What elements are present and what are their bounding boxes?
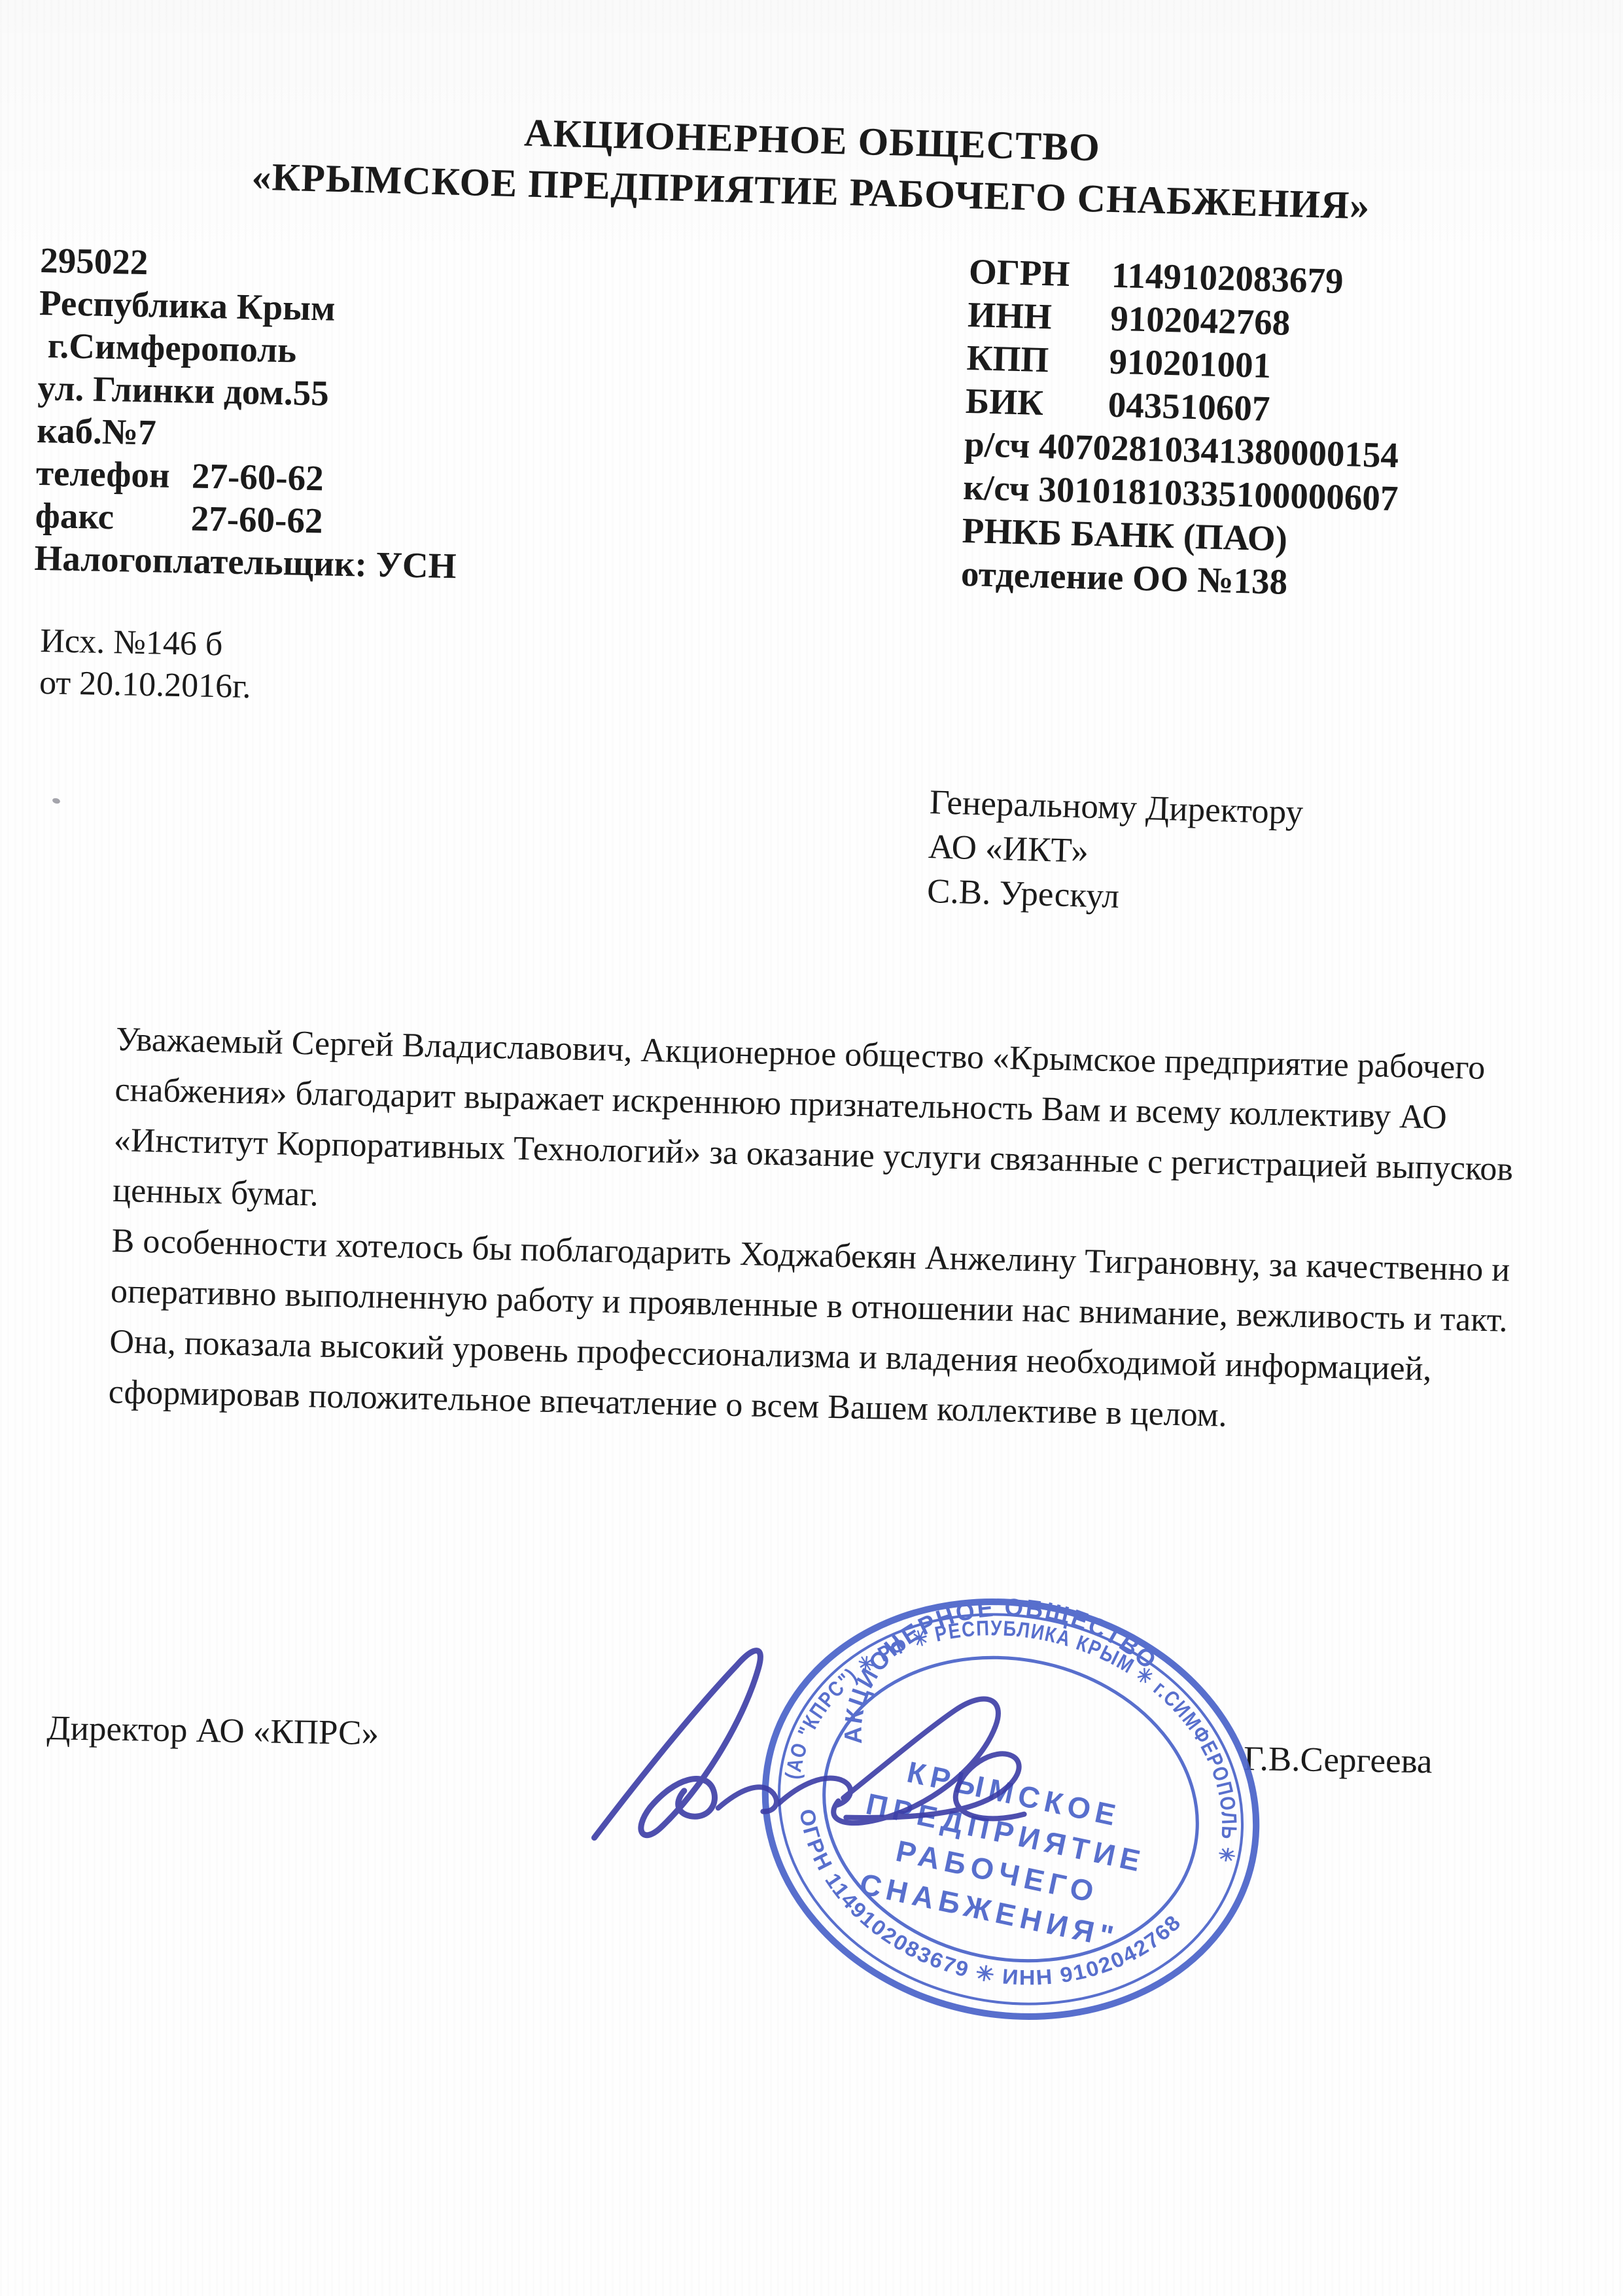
outgoing-reference-block: Исх. №146 б от 20.10.2016г. bbox=[39, 620, 253, 708]
addressee-person: С.В. Урескул bbox=[926, 869, 1301, 924]
scanned-letter-page: АКЦИОНЕРНОЕ ОБЩЕСТВО «КРЫМСКОЕ ПРЕДПРИЯТ… bbox=[0, 0, 1623, 2296]
letterhead: АКЦИОНЕРНОЕ ОБЩЕСТВО «КРЫМСКОЕ ПРЕДПРИЯТ… bbox=[0, 94, 1623, 238]
ogrn-label: ОГРН bbox=[968, 250, 1112, 297]
bik-value: 043510607 bbox=[1108, 385, 1270, 429]
tax-value: УСН bbox=[375, 544, 457, 586]
signature-ink bbox=[548, 1589, 1077, 1911]
sender-postcode: 295022 bbox=[40, 239, 462, 289]
outgoing-date: от 20.10.2016г. bbox=[39, 662, 252, 708]
inn-value: 9102042768 bbox=[1110, 298, 1291, 343]
sender-office: каб.№7 bbox=[37, 409, 459, 459]
letter-body: Уважаемый Сергей Владиславович, Акционер… bbox=[108, 1014, 1539, 1447]
inn-label: ИНН bbox=[968, 293, 1111, 340]
sender-address-block: 295022 Республика Крым г.Симферополь ул.… bbox=[34, 239, 462, 587]
phone-label: телефон bbox=[36, 451, 192, 497]
sender-region: Республика Крым bbox=[39, 281, 462, 332]
bik-label: БИК bbox=[965, 380, 1109, 427]
scan-speck bbox=[52, 798, 61, 805]
addressee-block: Генеральному Директору АО «ИКТ» С.В. Уре… bbox=[926, 780, 1304, 924]
body-paragraph: Уважаемый Сергей Владиславович, Акционер… bbox=[113, 1014, 1539, 1245]
kpp-label: КПП bbox=[966, 336, 1110, 383]
company-requisites-block: ОГРН1149102083679 ИНН9102042768 КПП91020… bbox=[960, 250, 1405, 607]
outgoing-number: Исх. №146 б bbox=[40, 620, 253, 666]
phone-value: 27-60-62 bbox=[192, 456, 324, 499]
ogrn-value: 1149102083679 bbox=[1111, 255, 1344, 301]
signature-strokes bbox=[582, 1633, 1024, 1846]
fax-label: факс bbox=[35, 494, 191, 540]
signatory-position: Директор АО «КПРС» bbox=[46, 1708, 379, 1753]
sender-city: г.Симферополь bbox=[38, 324, 461, 374]
kpp-value: 910201001 bbox=[1109, 342, 1272, 385]
sender-street: ул. Глинки дом.55 bbox=[37, 366, 460, 417]
sender-fax-line: факс27-60-62 bbox=[35, 494, 457, 544]
fax-value: 27-60-62 bbox=[190, 498, 323, 540]
sender-phone-line: телефон27-60-62 bbox=[36, 451, 459, 502]
sender-tax-line: Налогоплательщик: УСН bbox=[34, 537, 457, 587]
tax-label: Налогоплательщик: bbox=[34, 538, 367, 584]
